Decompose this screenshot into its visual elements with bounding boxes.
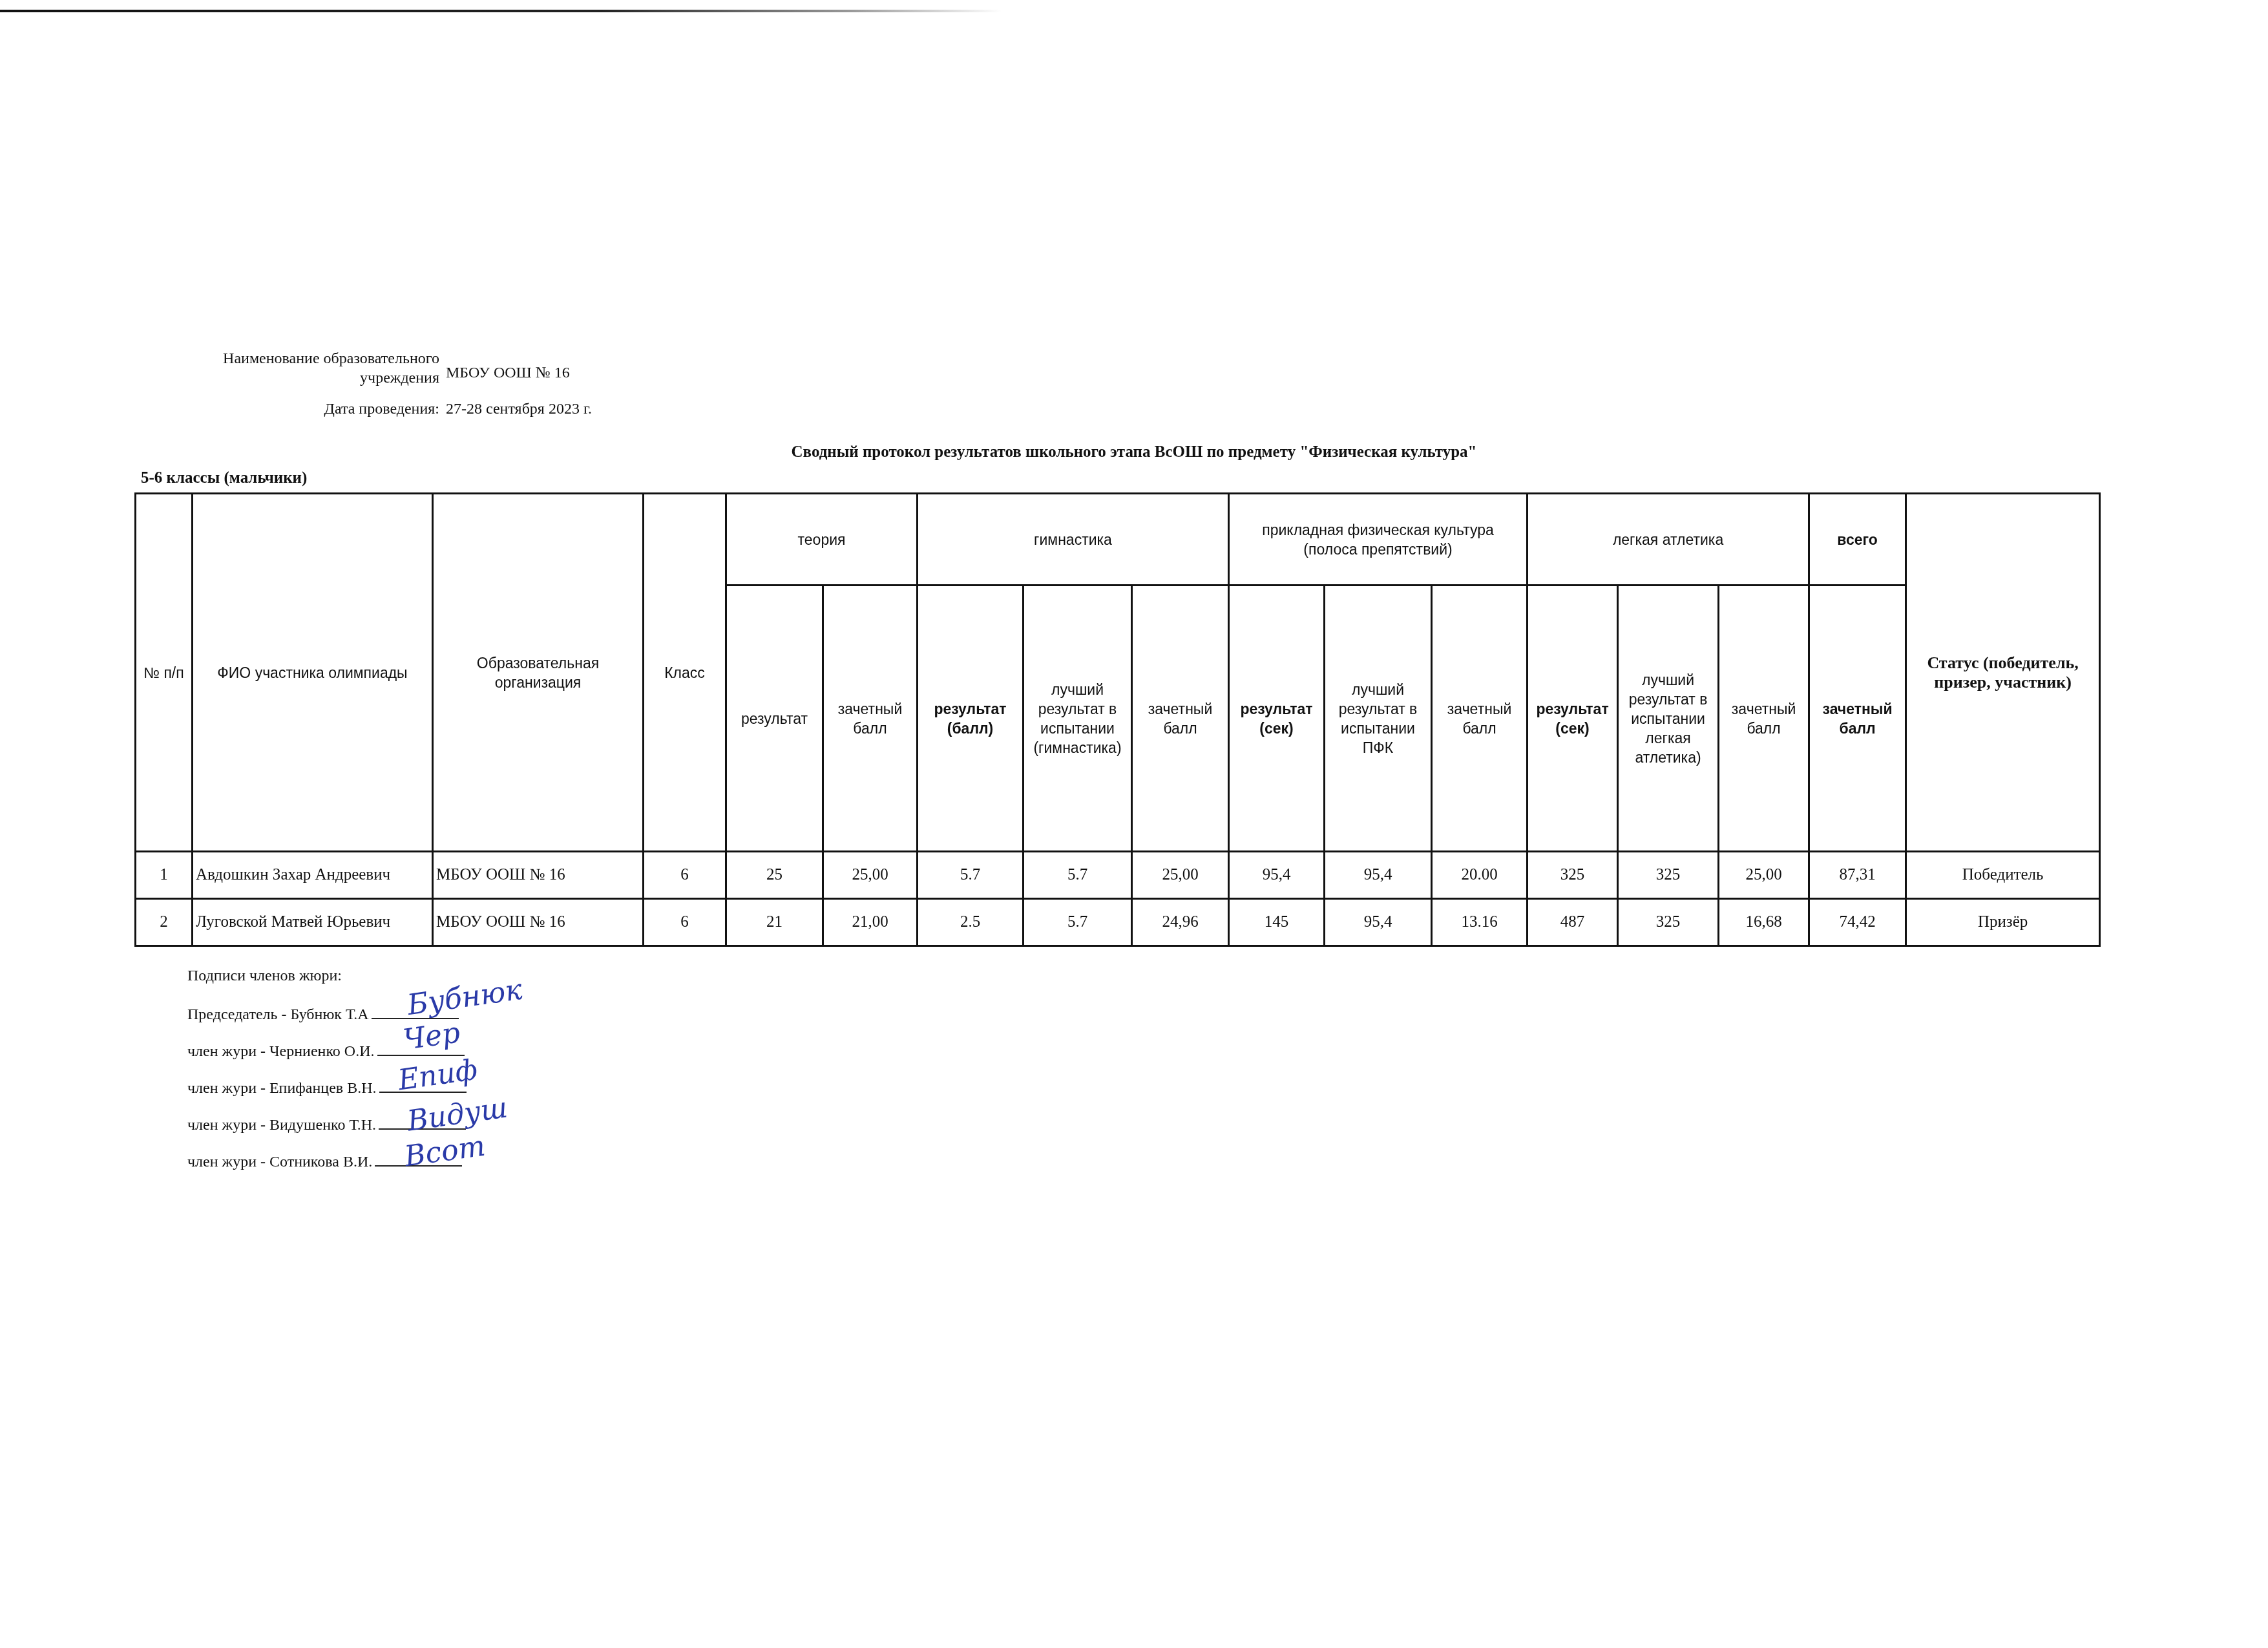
signature-line — [379, 1073, 467, 1093]
jury-member-label: Председатель - Бубнюк Т.А — [187, 1006, 369, 1023]
cell-total-score: 87,31 — [1809, 852, 1906, 899]
cell-pfk-score: 13.16 — [1432, 899, 1528, 946]
institution-label-line2: учреждения — [194, 368, 439, 388]
date-label: Дата проведения: — [194, 399, 439, 419]
cell-ath-result: 325 — [1528, 852, 1618, 899]
cell-theory-result: 25 — [726, 852, 823, 899]
cell-gym-score: 25,00 — [1132, 852, 1229, 899]
cell-num: 2 — [136, 899, 193, 946]
group-subtitle: 5-6 классы (мальчики) — [141, 469, 307, 487]
cell-theory-score: 25,00 — [823, 852, 918, 899]
subheader-ath-result: результат (сек) — [1528, 586, 1618, 852]
cell-ath-score: 16,68 — [1719, 899, 1809, 946]
group-header-applied: прикладная физическая культура (полоса п… — [1229, 494, 1528, 586]
institution-value: МБОУ ООШ № 16 — [446, 363, 570, 383]
cell-pfk-score: 20.00 — [1432, 852, 1528, 899]
signature-line — [372, 1000, 459, 1019]
cell-name: Авдошкин Захар Андреевич — [193, 852, 433, 899]
subheader-total-score: зачетный балл — [1809, 586, 1906, 852]
results-table-body: 1Авдошкин Захар АндреевичМБОУ ООШ № 1662… — [136, 852, 2100, 946]
document-title: Сводный протокол результатов школьного э… — [0, 443, 2268, 461]
subheader-pfk-result: результат (сек) — [1229, 586, 1325, 852]
cell-ath-score: 25,00 — [1719, 852, 1809, 899]
cell-gym-result: 2.5 — [918, 899, 1024, 946]
cell-total-score: 74,42 — [1809, 899, 1906, 946]
table-row: 2Луговской Матвей ЮрьевичМБОУ ООШ № 1662… — [136, 899, 2100, 946]
cell-gym-score: 24,96 — [1132, 899, 1229, 946]
results-table: № п/п ФИО участника олимпиады Образовате… — [134, 492, 2101, 947]
cell-grade: 6 — [644, 899, 726, 946]
signature-row: член жури - Черниенко О.И.Чер — [187, 1037, 467, 1073]
cell-status: Призёр — [1906, 899, 2100, 946]
institution-label-line1: Наименование образовательного — [194, 349, 439, 368]
group-header-theory: теория — [726, 494, 918, 586]
cell-pfk-best: 95,4 — [1325, 899, 1432, 946]
signature-row: член жури - Видушенко Т.Н.Видуш — [187, 1110, 467, 1147]
subheader-pfk-score: зачетный балл — [1432, 586, 1528, 852]
cell-org: МБОУ ООШ № 16 — [433, 852, 644, 899]
group-header-athletics: легкая атлетика — [1528, 494, 1809, 586]
subheader-gym-best: лучший результат в испытании (гимнастика… — [1024, 586, 1132, 852]
subheader-pfk-best: лучший результат в испытании ПФК — [1325, 586, 1432, 852]
cell-theory-result: 21 — [726, 899, 823, 946]
signature-row: Председатель - Бубнюк Т.АБубнюк — [187, 1000, 467, 1037]
jury-member-label: член жури - Черниенко О.И. — [187, 1043, 375, 1060]
cell-pfk-result: 95,4 — [1229, 852, 1325, 899]
cell-ath-result: 487 — [1528, 899, 1618, 946]
cell-pfk-result: 145 — [1229, 899, 1325, 946]
cell-gym-result: 5.7 — [918, 852, 1024, 899]
col-header-name: ФИО участника олимпиады — [193, 494, 433, 852]
scan-edge-line — [0, 10, 1002, 12]
cell-pfk-best: 95,4 — [1325, 852, 1432, 899]
signature-row: член жури - Сотникова В.И.Всот — [187, 1147, 467, 1184]
cell-grade: 6 — [644, 852, 726, 899]
subheader-gym-result: результат (балл) — [918, 586, 1024, 852]
subheader-ath-best: лучший результат в испытании легкая атле… — [1618, 586, 1719, 852]
cell-num: 1 — [136, 852, 193, 899]
col-header-status: Статус (победитель, призер, участник) — [1906, 494, 2100, 852]
jury-member-label: член жури - Видушенко Т.Н. — [187, 1117, 376, 1134]
subheader-theory-score: зачетный балл — [823, 586, 918, 852]
table-row: 1Авдошкин Захар АндреевичМБОУ ООШ № 1662… — [136, 852, 2100, 899]
col-header-grade: Класс — [644, 494, 726, 852]
signature-row: член жури - Епифанцев В.Н.Епиф — [187, 1073, 467, 1110]
cell-gym-best: 5.7 — [1024, 899, 1132, 946]
jury-signatures: Подписи членов жюри: Председатель - Бубн… — [187, 963, 467, 1184]
subheader-ath-score: зачетный балл — [1719, 586, 1809, 852]
signature-line — [375, 1147, 462, 1167]
signature-list: Председатель - Бубнюк Т.АБубнюкчлен жури… — [187, 1000, 467, 1184]
subheader-theory-result: результат — [726, 586, 823, 852]
group-header-gymnastics: гимнастика — [918, 494, 1229, 586]
signatures-heading: Подписи членов жюри: — [187, 963, 467, 1000]
cell-theory-score: 21,00 — [823, 899, 918, 946]
jury-member-label: член жури - Епифанцев В.Н. — [187, 1080, 377, 1097]
cell-gym-best: 5.7 — [1024, 852, 1132, 899]
cell-name: Луговской Матвей Юрьевич — [193, 899, 433, 946]
signature-line — [377, 1037, 465, 1056]
cell-ath-best: 325 — [1618, 899, 1719, 946]
signature-line — [379, 1110, 466, 1130]
col-header-org: Образовательная организация — [433, 494, 644, 852]
group-header-total: всего — [1809, 494, 1906, 586]
cell-ath-best: 325 — [1618, 852, 1719, 899]
col-header-num: № п/п — [136, 494, 193, 852]
subheader-gym-score: зачетный балл — [1132, 586, 1229, 852]
cell-status: Победитель — [1906, 852, 2100, 899]
jury-member-label: член жури - Сотникова В.И. — [187, 1154, 372, 1170]
cell-org: МБОУ ООШ № 16 — [433, 899, 644, 946]
date-value: 27-28 сентября 2023 г. — [446, 399, 592, 419]
